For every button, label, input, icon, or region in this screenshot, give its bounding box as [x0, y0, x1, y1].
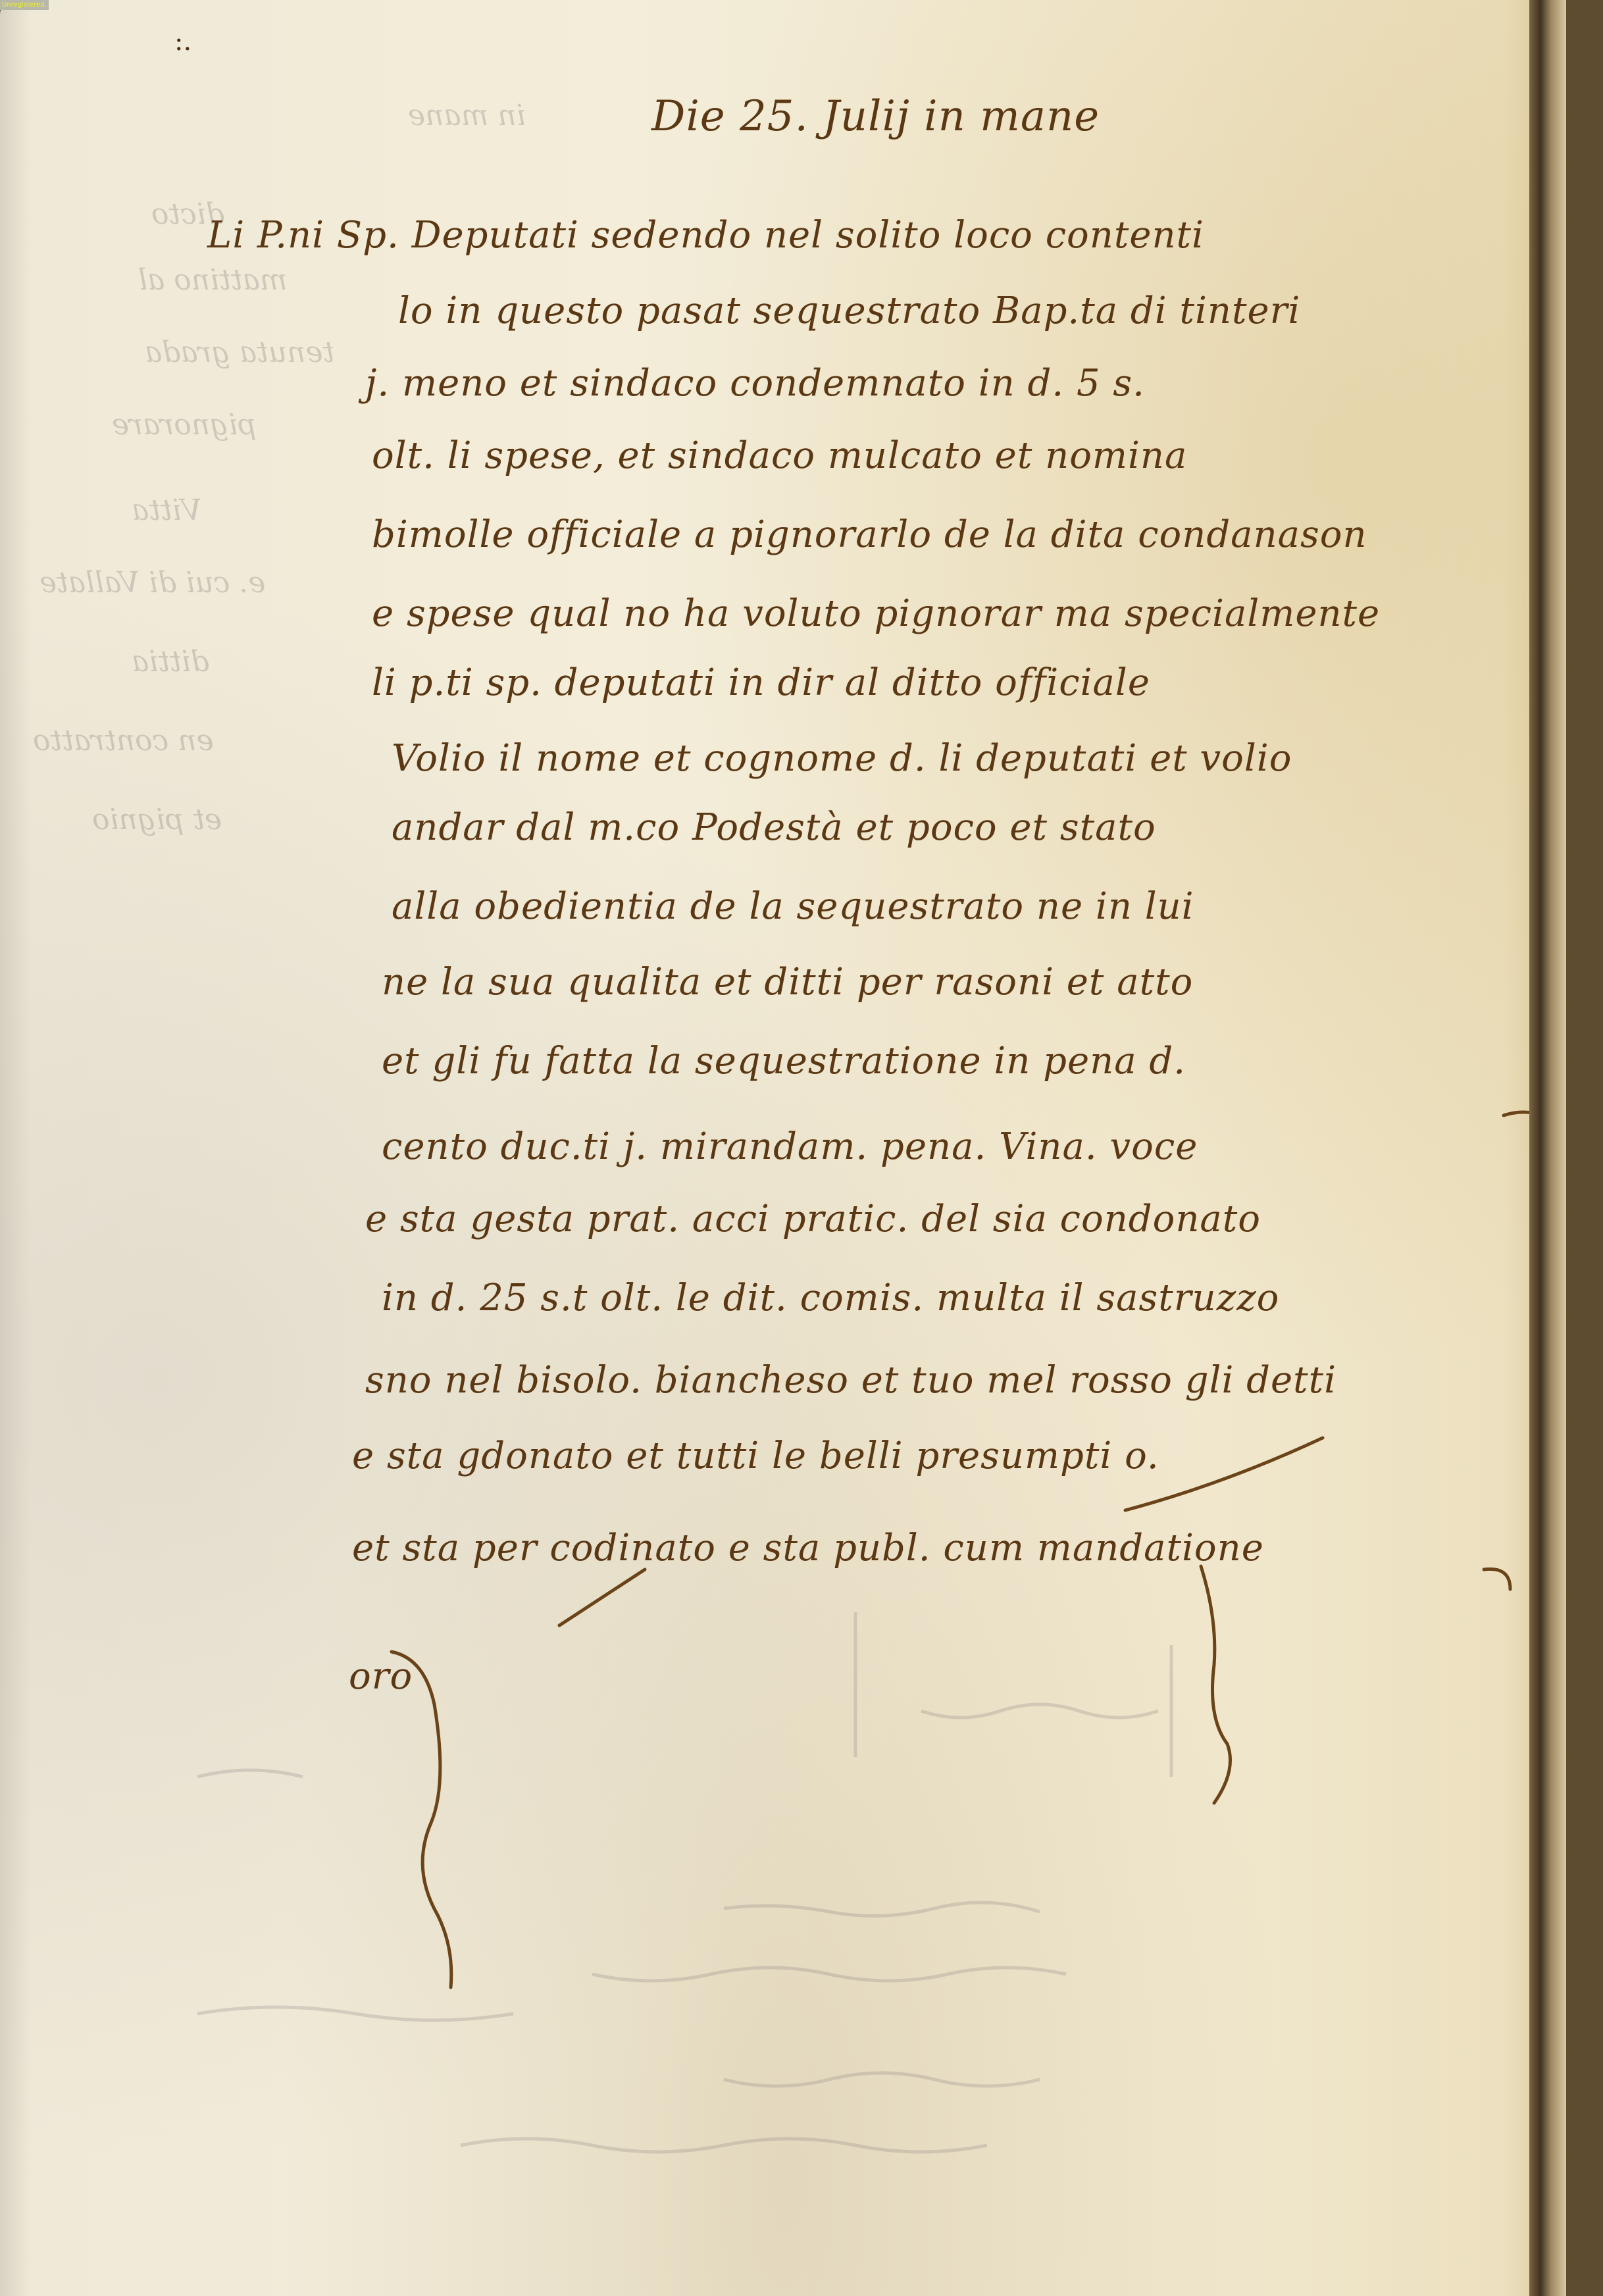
binding-edge: [1529, 0, 1566, 2296]
manuscript-page: in mane dicto mattino al tenuta grada pi…: [0, 0, 1566, 2296]
ink-flourishes: [0, 0, 1566, 2296]
